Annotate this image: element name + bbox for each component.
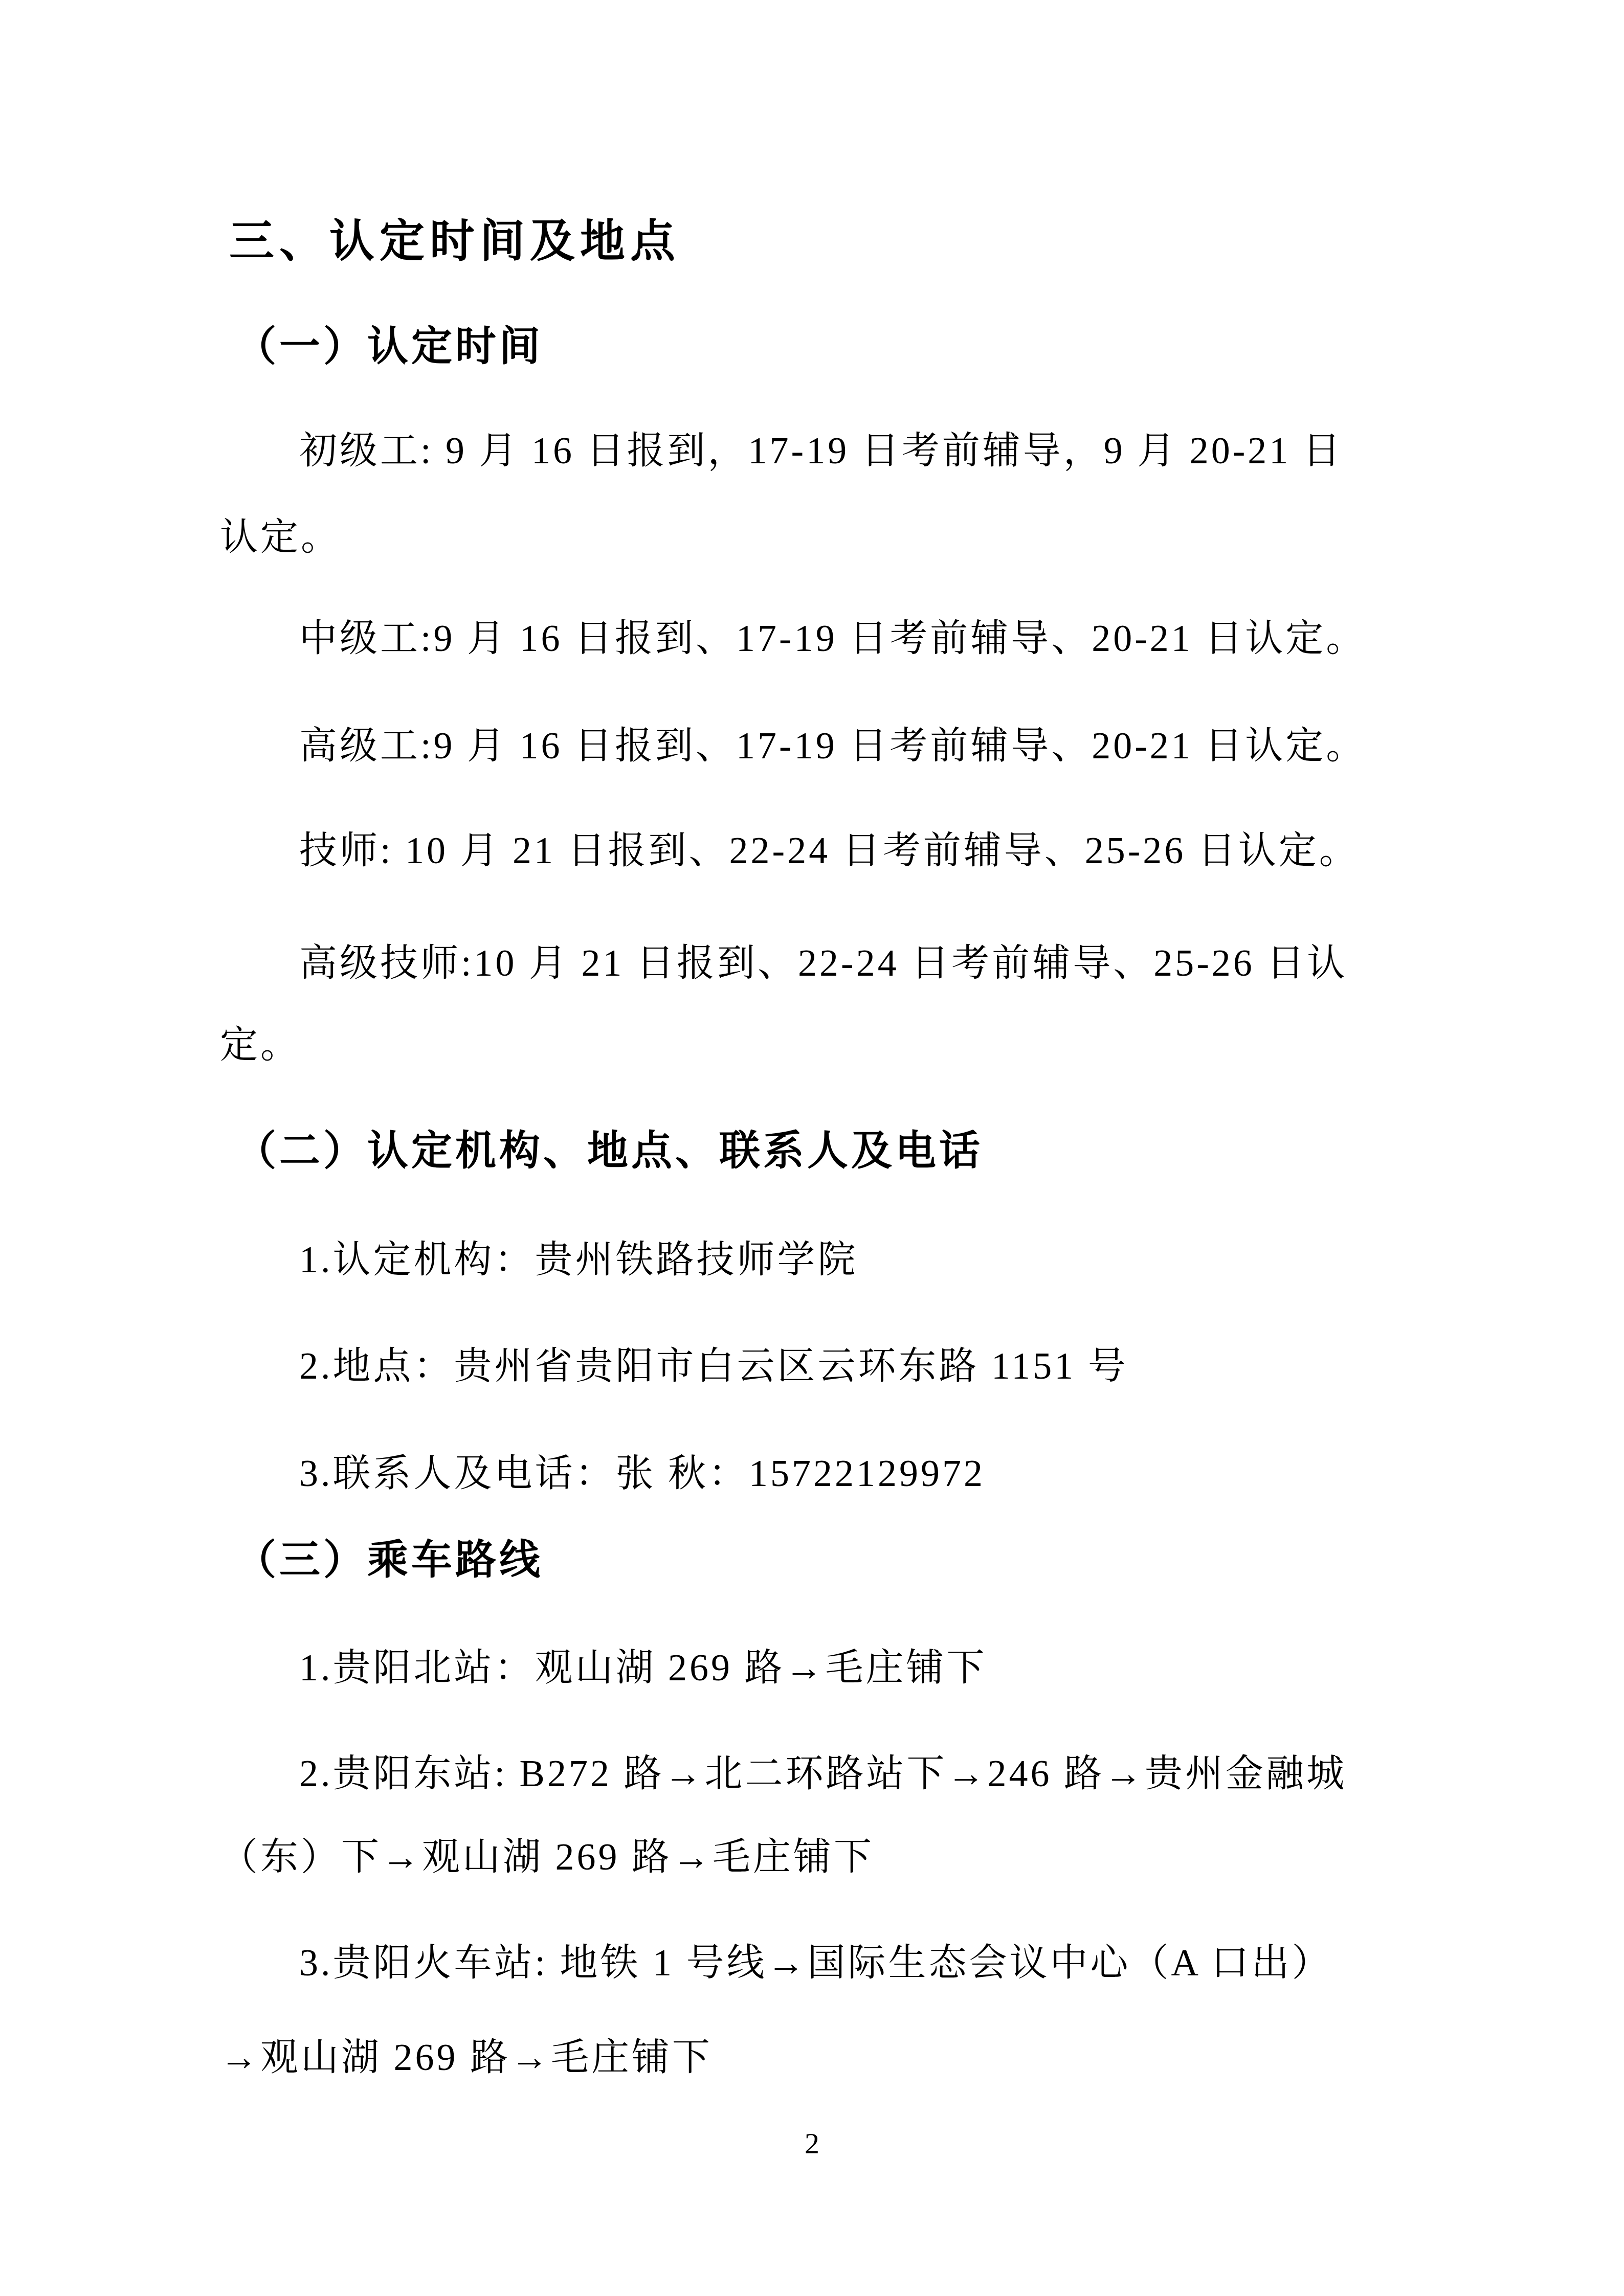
paragraph-line: 2.贵阳东站: B272 路→北二环路站下→246 路→贵州金融城 (299, 1751, 1347, 1797)
paragraph-line: 高级技师:10 月 21 日报到、22-24 日考前辅导、25-26 日认 (299, 941, 1347, 986)
paragraph-line: 2.地点：贵州省贵阳市白云区云环东路 1151 号 (299, 1344, 1128, 1389)
paragraph-line: 高级工:9 月 16 日报到、17-19 日考前辅导、20-21 日认定。 (299, 724, 1366, 769)
paragraph-line: 认定。 (220, 515, 341, 560)
subsection-heading: （三）乘车路线 (235, 1537, 543, 1584)
document-page: 三、认定时间及地点（一）认定时间初级工: 9 月 16 日报到，17-19 日考… (0, 0, 1624, 2296)
paragraph-line: 1.认定机构：贵州铁路技师学院 (299, 1237, 858, 1283)
paragraph-line: 定。 (220, 1023, 301, 1068)
paragraph-line: →观山湖 269 路→毛庄铺下 (220, 2035, 713, 2081)
section-heading: 三、认定时间及地点 (229, 215, 680, 266)
subsection-heading: （一）认定时间 (235, 323, 543, 370)
page-number: 2 (0, 2127, 1624, 2160)
paragraph-line: 中级工:9 月 16 日报到、17-19 日考前辅导、20-21 日认定。 (299, 616, 1366, 662)
subsection-heading: （二）认定机构、地点、联系人及电话 (235, 1128, 983, 1175)
paragraph-line: （东）下→观山湖 269 路→毛庄铺下 (220, 1835, 874, 1880)
paragraph-line: 技师: 10 月 21 日报到、22-24 日考前辅导、25-26 日认定。 (299, 828, 1360, 874)
paragraph-line: 1.贵阳北站：观山湖 269 路→毛庄铺下 (299, 1646, 987, 1691)
paragraph-line: 3.贵阳火车站: 地铁 1 号线→国际生态会议中心（A 口出） (299, 1941, 1332, 1986)
paragraph-line: 初级工: 9 月 16 日报到，17-19 日考前辅导，9 月 20-21 日 (299, 429, 1343, 474)
paragraph-line: 3.联系人及电话：张 秋：15722129972 (299, 1451, 985, 1497)
